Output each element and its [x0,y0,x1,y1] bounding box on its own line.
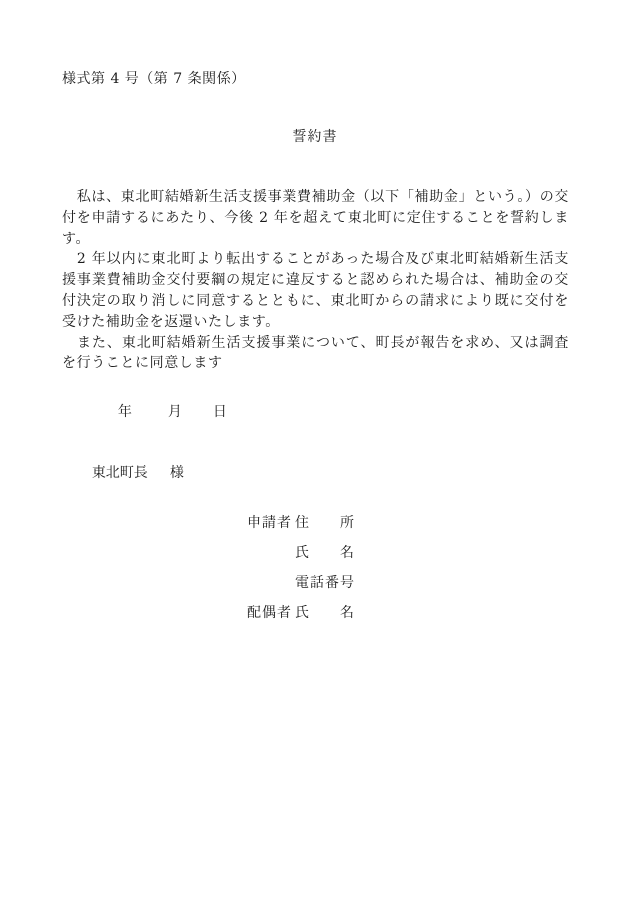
signature-row-applicant-address: 申請者 住 所 [247,512,355,542]
signature-row-applicant-name: 氏 名 [247,542,355,572]
addressee-name: 東北町長 [92,465,148,481]
date-day-label: 日 [213,404,227,420]
document-page: 様式第 4 号（第 7 条関係） 誓約書 私は、東北町結婚新生活支援事業費補助金… [0,0,630,903]
signature-block: 申請者 住 所 氏 名 電話番号 配偶者 氏 名 [247,512,355,632]
signature-row-applicant-phone: 電話番号 [247,572,355,602]
signature-row-spouse-name: 配偶者 氏 名 [247,602,355,632]
address-field-label: 住 所 [295,512,355,532]
applicant-role-label: 申請者 [247,512,295,532]
addressee-honorific: 様 [170,465,184,481]
phone-field-label: 電話番号 [295,572,355,592]
spouse-role-label: 配偶者 [247,602,295,622]
paragraph-pledge: 私は、東北町結婚新生活支援事業費補助金（以下「補助金」という。）の交付を申請する… [62,187,569,249]
document-title: 誓約書 [0,126,630,146]
name-field-label: 氏 名 [295,542,355,562]
body-text: 私は、東北町結婚新生活支援事業費補助金（以下「補助金」という。）の交付を申請する… [62,187,569,374]
paragraph-refund-condition: 2 年以内に東北町より転出することがあった場合及び東北町結婚新生活支援事業費補助… [62,249,569,332]
form-number: 様式第 4 号（第 7 条関係） [62,68,246,88]
date-month-label: 月 [168,404,182,420]
addressee-line: 東北町長様 [74,446,184,498]
spouse-name-field-label: 氏 名 [295,602,355,622]
date-year-label: 年 [118,404,132,420]
date-line: 年月日 [100,385,227,437]
paragraph-consent-survey: また、東北町結婚新生活支援事業について、町長が報告を求め、又は調査を行うことに同… [62,333,569,375]
